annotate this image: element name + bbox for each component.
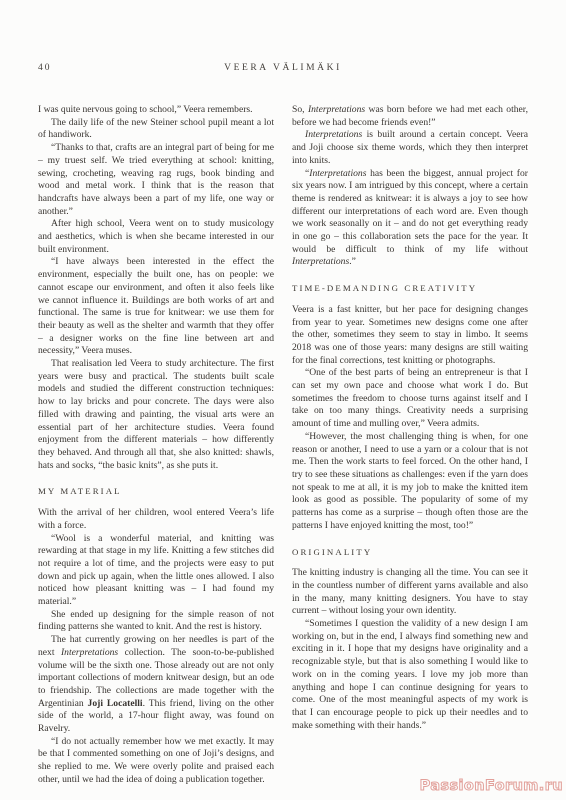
section-heading: MY MATERIAL	[38, 485, 274, 498]
column-right: So, Interpretations was born before we h…	[292, 104, 528, 787]
page-header: 40 VEERA VÄLIMÄKI	[0, 63, 566, 77]
paragraph: After high school, Veera went on to stud…	[38, 218, 274, 256]
paragraph: That realisation led Veera to study arch…	[38, 358, 274, 472]
paragraph: I was quite nervous going to school,” Ve…	[38, 104, 274, 117]
running-title: VEERA VÄLIMÄKI	[0, 63, 566, 73]
paragraph: “I have always been interested in the ef…	[38, 256, 274, 358]
column-left: I was quite nervous going to school,” Ve…	[38, 104, 274, 787]
paragraph: “Sometimes I question the validity of a …	[292, 618, 528, 732]
paragraph: So, Interpretations was born before we h…	[292, 104, 528, 129]
section-heading: TIME-DEMANDING CREATIVITY	[292, 282, 528, 295]
section-heading: ORIGINALITY	[292, 546, 528, 559]
paragraph: The hat currently growing on her needles…	[38, 634, 274, 736]
paragraph: “Wool is a wonderful material, and knitt…	[38, 533, 274, 609]
watermark: PassionForum.ru	[420, 778, 563, 794]
article: I was quite nervous going to school,” Ve…	[38, 104, 528, 787]
paragraph: She ended up designing for the simple re…	[38, 609, 274, 634]
paragraph: “Thanks to that, crafts are an integral …	[38, 142, 274, 218]
paragraph: “One of the best parts of being an entre…	[292, 367, 528, 431]
book-page: 40 VEERA VÄLIMÄKI I was quite nervous go…	[0, 0, 566, 800]
paragraph: With the arrival of her children, wool e…	[38, 507, 274, 532]
paragraph: “However, the most challenging thing is …	[292, 431, 528, 533]
paragraph: “Interpretations has been the biggest, a…	[292, 168, 528, 270]
paragraph: “I do not actually remember how we met e…	[38, 736, 274, 787]
paragraph: Interpretations is built around a certai…	[292, 129, 528, 167]
paragraph: The knitting industry is changing all th…	[292, 567, 528, 618]
paragraph: Veera is a fast knitter, but her pace fo…	[292, 304, 528, 368]
paragraph: The daily life of the new Steiner school…	[38, 117, 274, 142]
